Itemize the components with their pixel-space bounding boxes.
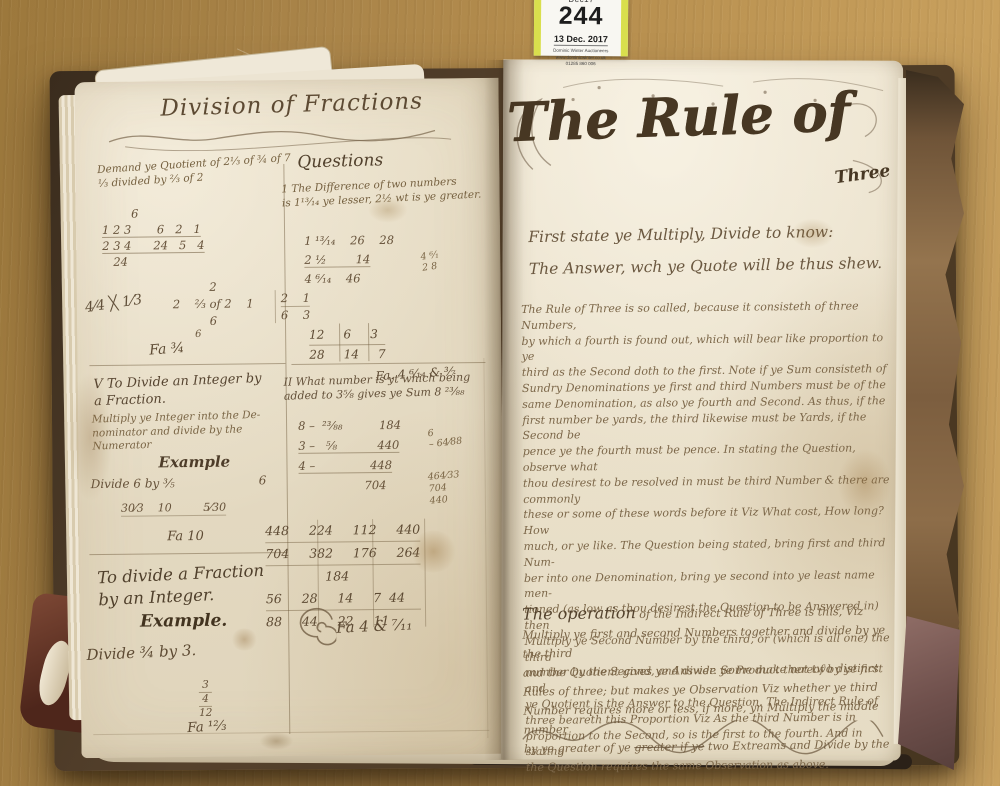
section-heading: To divide a Fractionby an Integer. bbox=[97, 559, 289, 612]
body-line: much, or ye like. The Question being sta… bbox=[524, 535, 894, 570]
figure-row: 1 ¹³⁄₁₄ 26 28 bbox=[304, 231, 394, 251]
rule-text: Multiply ye Integer into the De-nominato… bbox=[92, 409, 262, 454]
left-page: Division of Fractions Demand ye Quotient… bbox=[74, 78, 505, 758]
auction-house-name: Dominic Winter Auctioneers bbox=[541, 48, 621, 54]
question-1: 1 The Difference of two numbersis 1¹³⁄₁₄… bbox=[281, 175, 481, 211]
problem-statement: Demand ye Quotient of 2⅓ of ¾ of 7⅓ divi… bbox=[97, 151, 292, 191]
rule-line bbox=[89, 552, 287, 555]
lot-number: 244 bbox=[541, 4, 621, 30]
verse-couplet: First state ye Multiply, Divide to know:… bbox=[528, 215, 889, 285]
book-gutter-shadow bbox=[484, 60, 524, 760]
rule-line bbox=[89, 363, 285, 366]
working-figures: 30⁄3 10 5⁄30 bbox=[121, 501, 226, 515]
left-page-title: Division of Fractions bbox=[126, 87, 457, 122]
figure-row: 8 – ²³⁄₈₈ 184 bbox=[298, 415, 401, 436]
figure-row: 6 bbox=[173, 312, 254, 330]
table-row: 448 224 112 440 bbox=[265, 519, 420, 544]
figure-row: 4 – 448 bbox=[298, 455, 401, 476]
question-2: II What number is yt which beingadded to… bbox=[283, 370, 470, 403]
figure-row: 704 bbox=[299, 475, 402, 496]
figure: 6 bbox=[195, 329, 201, 340]
table-rule bbox=[424, 519, 426, 627]
section-heading: V To Divide an Integer bya Fraction. bbox=[93, 370, 262, 410]
paragraph-lead-rest: of the Indirect Rule of Three is this, V… bbox=[636, 605, 864, 621]
column-rule bbox=[283, 164, 290, 734]
figure-row: 2 3 4 24 5 4 bbox=[102, 237, 205, 254]
body-line: the Question requires the same Observati… bbox=[526, 756, 896, 776]
figure-row: 2 ½ 14 bbox=[304, 250, 394, 270]
auction-lot-tag: Dec17 244 13 Dec. 2017 Dominic Winter Au… bbox=[534, 0, 629, 56]
table-row: 184 bbox=[266, 565, 421, 589]
body-line: The Rule of Three is so called, because … bbox=[521, 298, 891, 333]
figure-row: 2 bbox=[173, 278, 254, 296]
auction-house-phone: 01285 860 006 bbox=[541, 61, 621, 67]
facit-answer: Fa 4 & ⁷⁄₁₁ bbox=[336, 615, 413, 636]
sale-date: 13 Dec. 2017 bbox=[554, 34, 608, 46]
page-stain bbox=[230, 628, 258, 650]
table-row: 704 382 176 264 bbox=[265, 542, 420, 567]
working-figures: 8 – ²³⁄₈₈ 1843 – ⅝ 4404 – 448 704 bbox=[298, 415, 402, 496]
figure-row: 2 ⅔ of 2 1 bbox=[173, 295, 254, 313]
example-label: Example bbox=[158, 453, 230, 472]
grid-row: 28 14 7 bbox=[309, 345, 386, 365]
chapter-title: The Rule of bbox=[506, 80, 880, 154]
end-of-section-flourish bbox=[517, 719, 889, 756]
figure-grid: 12 6 328 14 7 bbox=[309, 325, 386, 365]
working-figures: 61 2 3 6 2 12 3 4 24 5 4 24 bbox=[102, 205, 205, 270]
figure-row: 3 bbox=[199, 679, 213, 693]
margin-figures: 6– 64⁄88 bbox=[427, 425, 463, 451]
example-label: Example. bbox=[140, 611, 227, 632]
figure-row: 4 bbox=[199, 693, 213, 707]
paragraph-lead: The operation bbox=[522, 603, 636, 624]
body-line: pence ye the fourth must be pence. In st… bbox=[523, 440, 893, 475]
figure-row: 6 bbox=[102, 205, 205, 222]
working-figures: 22 ⅔ of 2 16 bbox=[173, 278, 254, 330]
body-line: Multiply ye first and second Numbers tog… bbox=[522, 620, 896, 663]
title-flourish bbox=[105, 122, 455, 152]
figure-row: – 64⁄88 bbox=[428, 435, 463, 450]
cross-multiplication: 4⁄4 ╳ 1⁄3 bbox=[84, 292, 143, 316]
verse-line: The Answer, wch ye Quote will be thus sh… bbox=[529, 247, 890, 285]
body-line: first number be yards, the third likewis… bbox=[522, 409, 892, 444]
figure-row: 440 bbox=[429, 493, 462, 508]
problem-text: Divide ¾ by 3. bbox=[86, 641, 197, 664]
rule-line bbox=[93, 730, 489, 735]
fraction-stack: 3412 bbox=[199, 679, 213, 720]
margin-figures: 464⁄33704440 bbox=[427, 469, 462, 507]
facit-answer: Fa ¹²⁄₃ bbox=[187, 718, 227, 736]
damaged-leather-flap bbox=[898, 616, 960, 770]
facit-answer: Fa 10 bbox=[167, 529, 204, 544]
body-line: thou desirest to be resolved in must be … bbox=[523, 472, 893, 507]
figure: 6 bbox=[259, 473, 267, 487]
questions-heading: Questions bbox=[297, 150, 383, 172]
grid-row: 12 6 3 bbox=[309, 325, 386, 346]
body-line: these or some of these words before it V… bbox=[523, 503, 893, 538]
margin-figures: 4 ⁶⁄₁2 8 bbox=[420, 249, 441, 273]
figure-row: 4 ⁶⁄₁₄ 46 bbox=[304, 269, 394, 289]
working-figures: 1 ¹³⁄₁₄ 26 282 ½ 144 ⁶⁄₁₄ 46 bbox=[304, 231, 394, 289]
body-line: by which a fourth is found out, which wi… bbox=[521, 330, 891, 365]
figure-row: 1 2 3 6 2 1 bbox=[102, 221, 205, 238]
photograph-manuscript-book: Division of Fractions Demand ye Quotient… bbox=[0, 0, 1000, 786]
pen-spiral-flourish bbox=[290, 600, 336, 646]
figure-row: 3 – ⅝ 440 bbox=[298, 435, 401, 456]
body-line: ber into one Denomination, bring ye seco… bbox=[524, 567, 894, 602]
auction-house-website: www.dominicwinter.co.uk bbox=[541, 54, 621, 60]
facit-answer: Fa ¾ bbox=[149, 340, 185, 359]
problem-text: Divide 6 by ⅗ bbox=[91, 476, 175, 491]
page-stain bbox=[259, 732, 293, 750]
right-page: The Rule of Three First state ye Multipl… bbox=[501, 59, 903, 760]
working-figures: 2 16 3 bbox=[275, 290, 311, 323]
figure-row: 2 8 bbox=[421, 260, 441, 274]
figure-row: 24 bbox=[102, 253, 205, 270]
